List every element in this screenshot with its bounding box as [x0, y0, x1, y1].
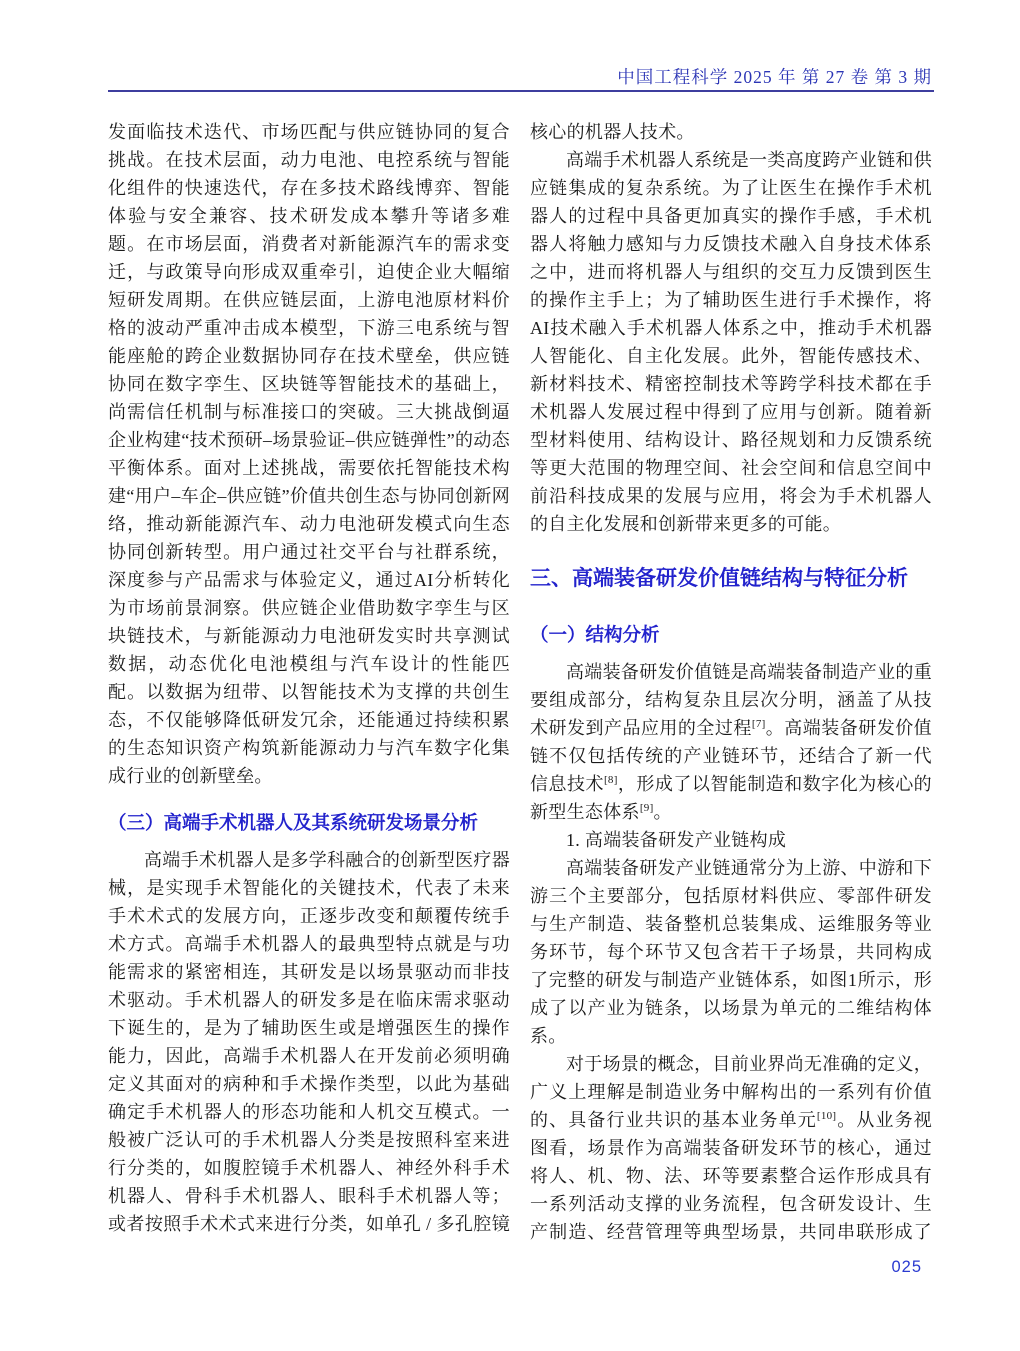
- paragraph: 核心的机器人技术。: [530, 118, 932, 146]
- journal-header-line: 中国工程科学 2025 年 第 27 卷 第 3 期: [108, 64, 932, 89]
- header-rule: [108, 90, 934, 92]
- paragraph: 发面临技术迭代、市场匹配与供应链协同的复合挑战。在技术层面，动力电池、电控系统与…: [108, 118, 510, 790]
- page-content: 发面临技术迭代、市场匹配与供应链协同的复合挑战。在技术层面，动力电池、电控系统与…: [108, 118, 932, 1242]
- paragraph: 对于场景的概念，目前业界尚无准确的定义，广义上理解是制造业务中解构出的一系列有价…: [530, 1050, 932, 1242]
- paragraph: 高端手术机器人是多学科融合的创新型医疗器械，是实现手术智能化的关键技术，代表了未…: [108, 846, 510, 1242]
- paragraph: 高端手术机器人系统是一类高度跨产业链和供应链集成的复杂系统。为了让医生在操作手术…: [530, 146, 932, 538]
- left-column: 发面临技术迭代、市场匹配与供应链协同的复合挑战。在技术层面，动力电池、电控系统与…: [108, 118, 510, 1242]
- journal-page: 中国工程科学 2025 年 第 27 卷 第 3 期 发面临技术迭代、市场匹配与…: [0, 0, 1020, 1351]
- section-heading-level-1: 三、高端装备研发价值链结构与特征分析: [530, 564, 932, 592]
- paragraph: 高端装备研发产业链通常分为上游、中游和下游三个主要部分，包括原材料供应、零部件研…: [530, 854, 932, 1050]
- paragraph: 1. 高端装备研发产业链构成: [530, 826, 932, 854]
- paragraph: 高端装备研发价值链是高端装备制造产业的重要组成部分，结构复杂且层次分明，涵盖了从…: [530, 658, 932, 826]
- section-heading-level-2: （一）结构分析: [530, 622, 932, 650]
- section-heading-level-2: （三）高端手术机器人及其系统研发场景分析: [108, 810, 510, 838]
- right-column: 核心的机器人技术。高端手术机器人系统是一类高度跨产业链和供应链集成的复杂系统。为…: [530, 118, 932, 1242]
- page-number: 025: [108, 1258, 922, 1277]
